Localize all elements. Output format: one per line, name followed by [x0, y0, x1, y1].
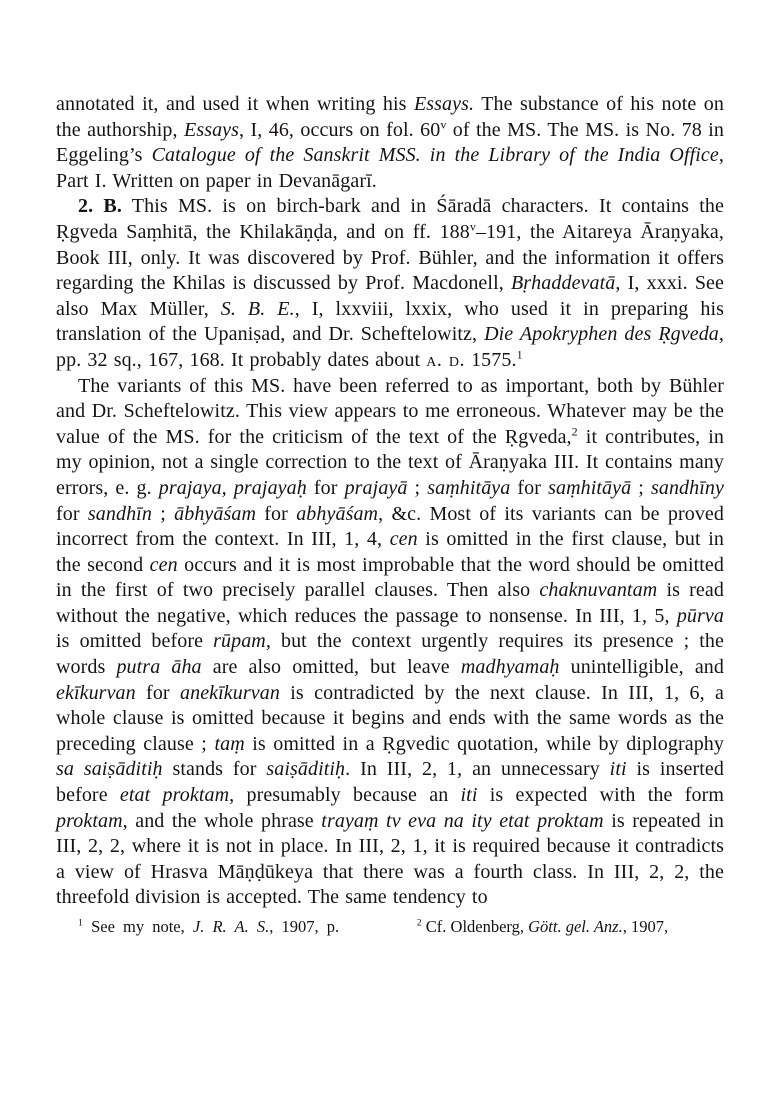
footnotes-row: 1 See my note, J. R. A. S., 1907, p. 2 C… [56, 916, 724, 937]
text-run: ; [408, 477, 428, 499]
text-run: saiṣāditiḥ [266, 758, 345, 780]
text-run: sa saiṣāditiḥ [56, 758, 163, 780]
text-run: are also omitted, but leave [202, 656, 461, 678]
text-run: prajaya, prajayaḥ [159, 477, 307, 499]
text-run: S. B. E. [221, 298, 295, 320]
text-run: annotated it, and used it when writing h… [56, 93, 414, 115]
text-run: cen [390, 528, 418, 550]
paragraph-continuation: annotated it, and used it when writing h… [56, 92, 724, 194]
text-run: Cf. Oldenberg, [422, 917, 528, 936]
text-run: ekīkurvan [56, 682, 136, 704]
text-run: Catalogue of the Sanskrit MSS. in the Li… [152, 144, 719, 166]
text-run: anekīkurvan [180, 682, 280, 704]
text-run: Die Apokryphen des Ṛgveda [484, 323, 719, 345]
text-run: See my note, [83, 917, 193, 936]
text-run: is omitted in a Ṛgvedic quotation, while… [245, 733, 724, 755]
text-run: cen [150, 554, 178, 576]
text-run: pūrva [677, 605, 724, 627]
text-run: taṃ [214, 733, 244, 755]
text-run: trayaṃ tv eva na ity etat proktam [321, 810, 603, 832]
text-run: for [256, 503, 296, 525]
text-run: Essays [184, 119, 239, 141]
text-run: putra āha [116, 656, 201, 678]
paragraph-variants: The variants of this MS. have been refer… [56, 374, 724, 911]
text-run: Gött. gel. Anz. [528, 917, 623, 936]
text-run: prajayā [345, 477, 408, 499]
text-run: , 1907, [623, 917, 668, 936]
text-run: Essays. [414, 93, 474, 115]
text-run: 2. B. [78, 195, 122, 217]
text-run: a. d. [426, 349, 465, 371]
footnote-2: 2 Cf. Oldenberg, Gött. gel. Anz., 1907, [417, 916, 668, 937]
text-run: for [56, 503, 88, 525]
text-run: , 1907, p. [269, 917, 339, 936]
text-run: stands for [163, 758, 267, 780]
text-run: ābhyāśam [174, 503, 256, 525]
text-run: saṃhitāyā [548, 477, 631, 499]
text-block: annotated it, and used it when writing h… [56, 92, 724, 937]
text-run: J. R. A. S. [193, 917, 269, 936]
text-run: for [136, 682, 180, 704]
book-page-scan: annotated it, and used it when writing h… [0, 0, 780, 1108]
text-run: ; [152, 503, 174, 525]
text-run: saṃhitāya [427, 477, 510, 499]
footnote-1: 1 See my note, J. R. A. S., 1907, p. [56, 916, 417, 937]
text-run: 1 [517, 347, 523, 361]
text-run: 1575. [465, 349, 517, 371]
text-run: chaknuvantam [539, 579, 657, 601]
text-run: is omitted before [56, 630, 213, 652]
text-run: proktam [56, 810, 123, 832]
text-run: , I, 46, occurs on fol. 60 [239, 119, 440, 141]
paragraph-2-b: 2. B. This MS. is on birch-bark and in Ś… [56, 194, 724, 373]
text-run: ; [631, 477, 651, 499]
text-run: sandhīny [651, 477, 724, 499]
text-run: iti [461, 784, 478, 806]
text-run: madhyamaḥ [461, 656, 560, 678]
text-run: sandhīn [88, 503, 152, 525]
text-run: abhyāśam [296, 503, 378, 525]
text-run: etat proktam [120, 784, 229, 806]
text-run: for [510, 477, 548, 499]
text-run: unintelligible, and [560, 656, 724, 678]
text-run: , and the whole phrase [123, 810, 322, 832]
text-run: Bṛhaddevatā [511, 272, 615, 294]
text-run: rūpam [213, 630, 266, 652]
text-run: for [307, 477, 345, 499]
text-run: iti [610, 758, 627, 780]
text-run: is expected with the form [478, 784, 725, 806]
text-run: , presumably because an [229, 784, 460, 806]
text-run: . In III, 2, 1, an unnecessary [345, 758, 610, 780]
